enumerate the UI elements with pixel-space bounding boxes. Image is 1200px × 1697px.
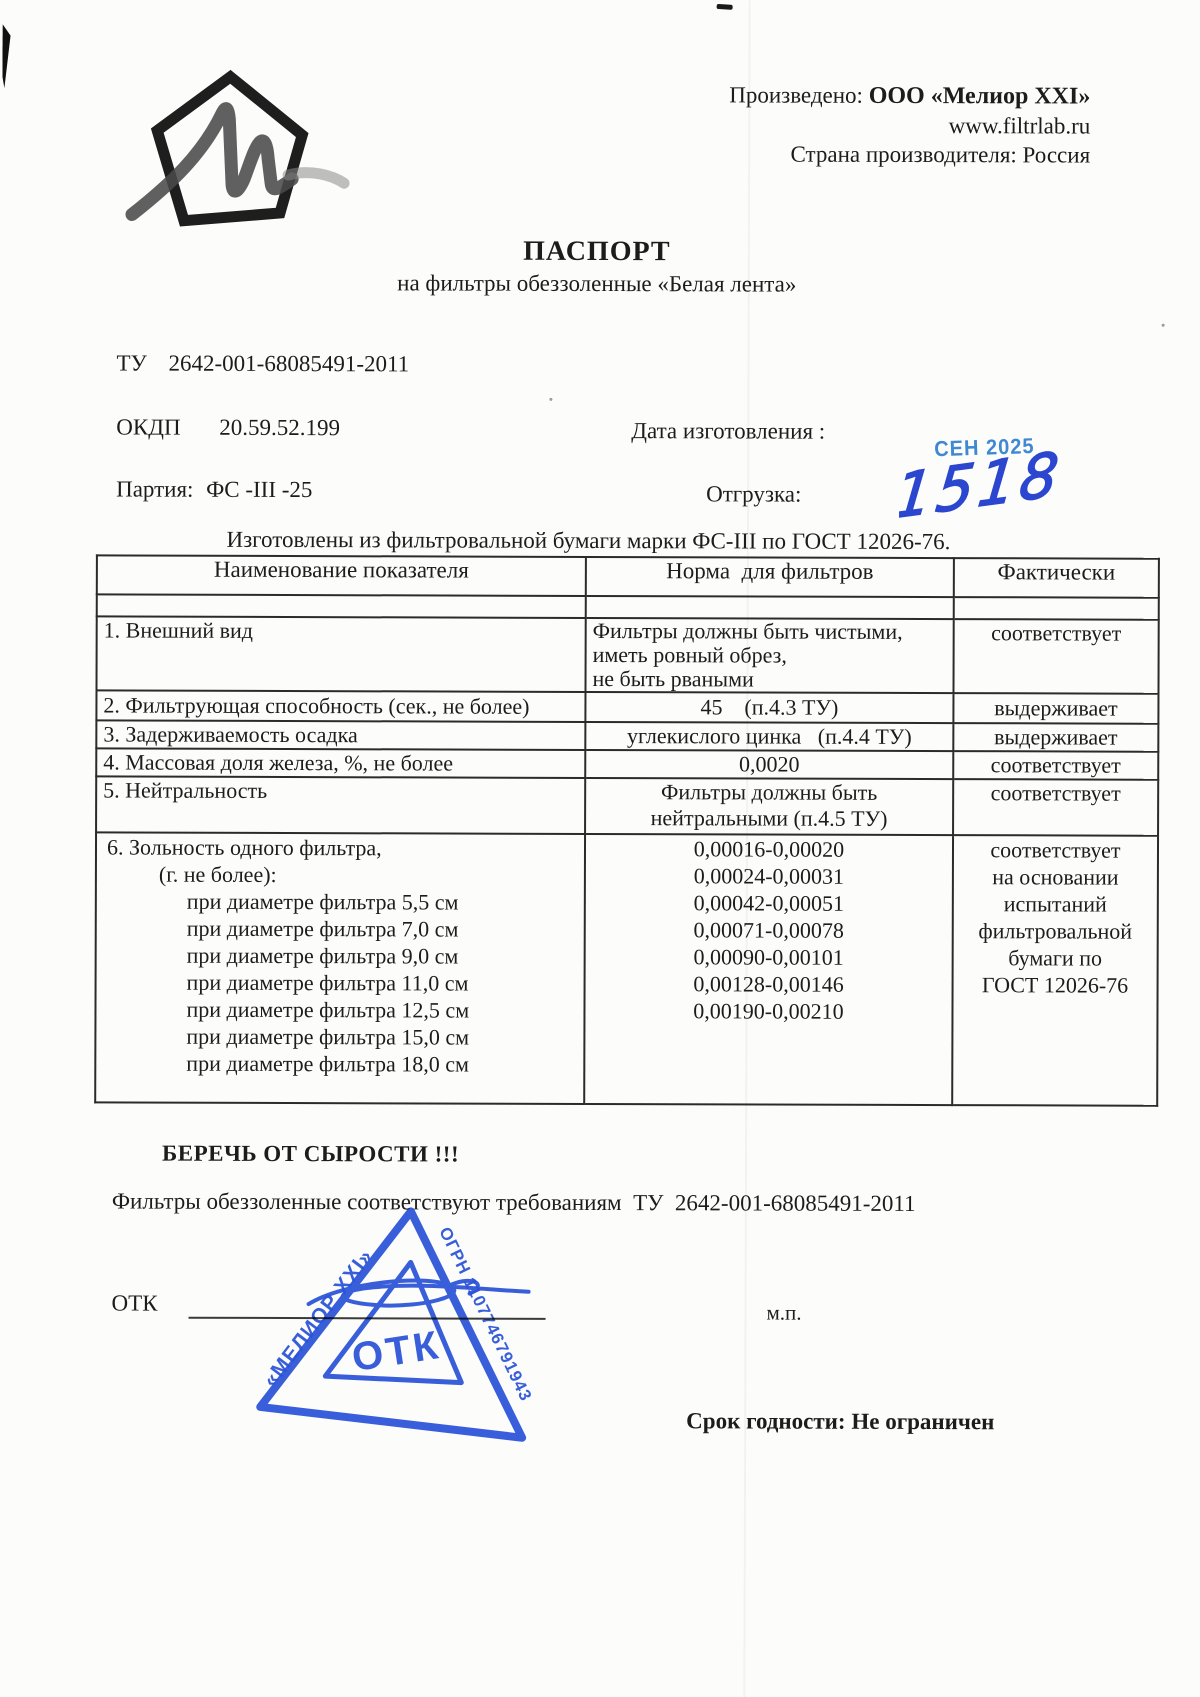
row6-value: 0,00190-0,00210: [591, 997, 945, 1025]
table-row: 2. Фильтрующая способность (сек., не бол…: [96, 690, 1158, 723]
row5-norm-line: Фильтры должны быть: [592, 779, 946, 806]
row6-norm: 0,00016-0,00020 0,00024-0,00031 0,00042-…: [584, 834, 953, 1105]
tu-label: ТУ: [116, 350, 146, 376]
row6-diameter: при диаметре фильтра 9,0 см: [103, 941, 578, 969]
okdp-label: ОКДП: [116, 414, 180, 440]
otk-triangle-stamp: «МЕЛИОР XXI» ОГРН 1107746791943 ОТК: [223, 1134, 554, 1465]
stamp-otk-text: ОТК: [349, 1323, 444, 1380]
row1-name: 1. Внешний вид: [96, 616, 585, 692]
table-row: 3. Задерживаемость осадка углекислого ци…: [96, 720, 1158, 751]
scanned-passport-document: Произведено: ООО «Мелиор XXI» www.filtrl…: [0, 0, 1200, 1697]
tu-number: 2642-001-68085491-2011: [168, 351, 409, 378]
table-header-row: Наименование показателя Норма для фильтр…: [97, 555, 1159, 597]
row2-norm: 45 (п.4.3 ТУ): [585, 692, 953, 723]
made-from-line: Изготовлены из фильтровальной бумаги мар…: [96, 526, 1081, 555]
col-header-fact: Фактически: [954, 558, 1159, 598]
table-row: 1. Внешний вид Фильтры должны быть чисты…: [96, 616, 1158, 693]
producer-block: Произведено: ООО «Мелиор XXI» www.filtrl…: [729, 80, 1090, 169]
page-subtitle: на фильтры обеззоленные «Белая лента»: [2, 269, 1192, 299]
row3-norm: углекислого цинка (п.4.4 ТУ): [585, 722, 953, 751]
row6-fact-line: испытаний: [960, 890, 1151, 918]
stamp-ogrn-text: ОГРН 1107746791943: [435, 1224, 535, 1404]
page-title: ПАСПОРТ: [2, 234, 1192, 270]
row6-fact: соответствует на основании испытаний фил…: [952, 835, 1158, 1106]
row6-fact-line: ГОСТ 12026-76: [960, 971, 1151, 999]
row6-diameter: при диаметре фильтра 11,0 см: [103, 968, 578, 996]
row4-norm: 0,0020: [585, 750, 953, 779]
table-row: 4. Массовая доля железа, %, не более 0,0…: [96, 748, 1158, 779]
row4-fact: соответствует: [953, 751, 1158, 780]
handwritten-shipment-number: 1518: [899, 439, 1069, 530]
stamp-place-label: м.п.: [767, 1301, 802, 1326]
row1-norm-line: не быть рваными: [592, 667, 946, 692]
scan-artifact-left-edge: [2, 24, 10, 88]
manufacture-date-label: Дата изготовления :: [631, 418, 825, 445]
col-header-norm: Норма для фильтров: [586, 557, 954, 597]
okdp-value: 20.59.52.199: [219, 415, 340, 441]
specification-table: Наименование показателя Норма для фильтр…: [94, 554, 1160, 1106]
row6-title-line: 6. Зольность одного фильтра,: [103, 833, 578, 861]
row6-diameter: при диаметре фильтра 12,5 см: [102, 995, 577, 1023]
row6-value: 0,00128-0,00146: [592, 970, 946, 998]
row6-diameter: при диаметре фильтра 7,0 см: [103, 914, 578, 942]
meliot-pentagon-logo-icon: [120, 56, 356, 237]
row5-norm: Фильтры должны быть нейтральными (п.4.5 …: [585, 778, 953, 835]
row5-norm-line: нейтральными (п.4.5 ТУ): [592, 805, 946, 832]
scan-speck: [549, 398, 552, 401]
row6-name: 6. Зольность одного фильтра, (г. не боле…: [95, 832, 585, 1104]
producer-name: ООО «Мелиор XXI»: [869, 83, 1091, 110]
country-line: Страна производителя: Россия: [729, 139, 1090, 169]
row1-norm-line: иметь ровный обрез,: [593, 643, 947, 668]
col-header-name: Наименование показателя: [97, 555, 586, 596]
otk-label: ОТК: [112, 1290, 158, 1316]
row6-diameter: при диаметре фильтра 18,0 см: [102, 1049, 577, 1077]
shipment-label: Отгрузка:: [706, 481, 801, 507]
shipment-value-text: 1518: [899, 439, 1066, 530]
row6-fact-line: бумаги по: [960, 944, 1151, 972]
row1-norm-line: Фильтры должны быть чистыми,: [593, 619, 947, 644]
row6-title-line: (г. не более):: [103, 860, 578, 888]
row1-norm: Фильтры должны быть чистыми, иметь ровны…: [585, 618, 953, 693]
row6-diameter: при диаметре фильтра 15,0 см: [102, 1022, 577, 1050]
row6-fact-line: на основании: [960, 863, 1151, 891]
row5-fact: соответствует: [953, 779, 1158, 836]
row6-value: 0,00042-0,00051: [592, 889, 946, 917]
table-row: 6. Зольность одного фильтра, (г. не боле…: [95, 832, 1158, 1105]
row2-name: 2. Фильтрующая способность (сек., не бол…: [96, 690, 585, 722]
row6-value: 0,00024-0,00031: [592, 862, 946, 890]
shelf-life-statement: Срок годности: Не ограничен: [686, 1408, 994, 1435]
row5-name: 5. Нейтральность: [96, 776, 585, 834]
row3-fact: выдерживает: [953, 723, 1158, 752]
scan-speck: [1162, 324, 1165, 327]
row1-fact: соответствует: [953, 619, 1158, 694]
document-title-block: ПАСПОРТ на фильтры обеззоленные «Белая л…: [2, 234, 1192, 299]
row6-value: 0,00016-0,00020: [592, 835, 946, 863]
website-line: www.filtrlab.ru: [729, 110, 1090, 140]
row3-name: 3. Задерживаемость осадка: [96, 720, 585, 750]
row6-fact-line: фильтровальной: [960, 917, 1151, 945]
table-row: 5. Нейтральность Фильтры должны быть ней…: [96, 776, 1158, 835]
row6-diameter: при диаметре фильтра 5,5 см: [103, 887, 578, 915]
batch-value: ФС -III -25: [206, 477, 312, 503]
row2-fact: выдерживает: [953, 693, 1158, 724]
row6-fact-line: соответствует: [960, 836, 1151, 864]
produced-line: Произведено: ООО «Мелиор XXI»: [729, 80, 1090, 111]
row6-value: 0,00071-0,00078: [592, 916, 946, 944]
row6-value: 0,00090-0,00101: [592, 943, 946, 971]
produced-label: Произведено:: [729, 82, 863, 107]
batch-label: Партия:: [116, 476, 193, 502]
scan-artifact-top: [717, 4, 733, 10]
row4-name: 4. Массовая доля железа, %, не более: [96, 748, 585, 778]
